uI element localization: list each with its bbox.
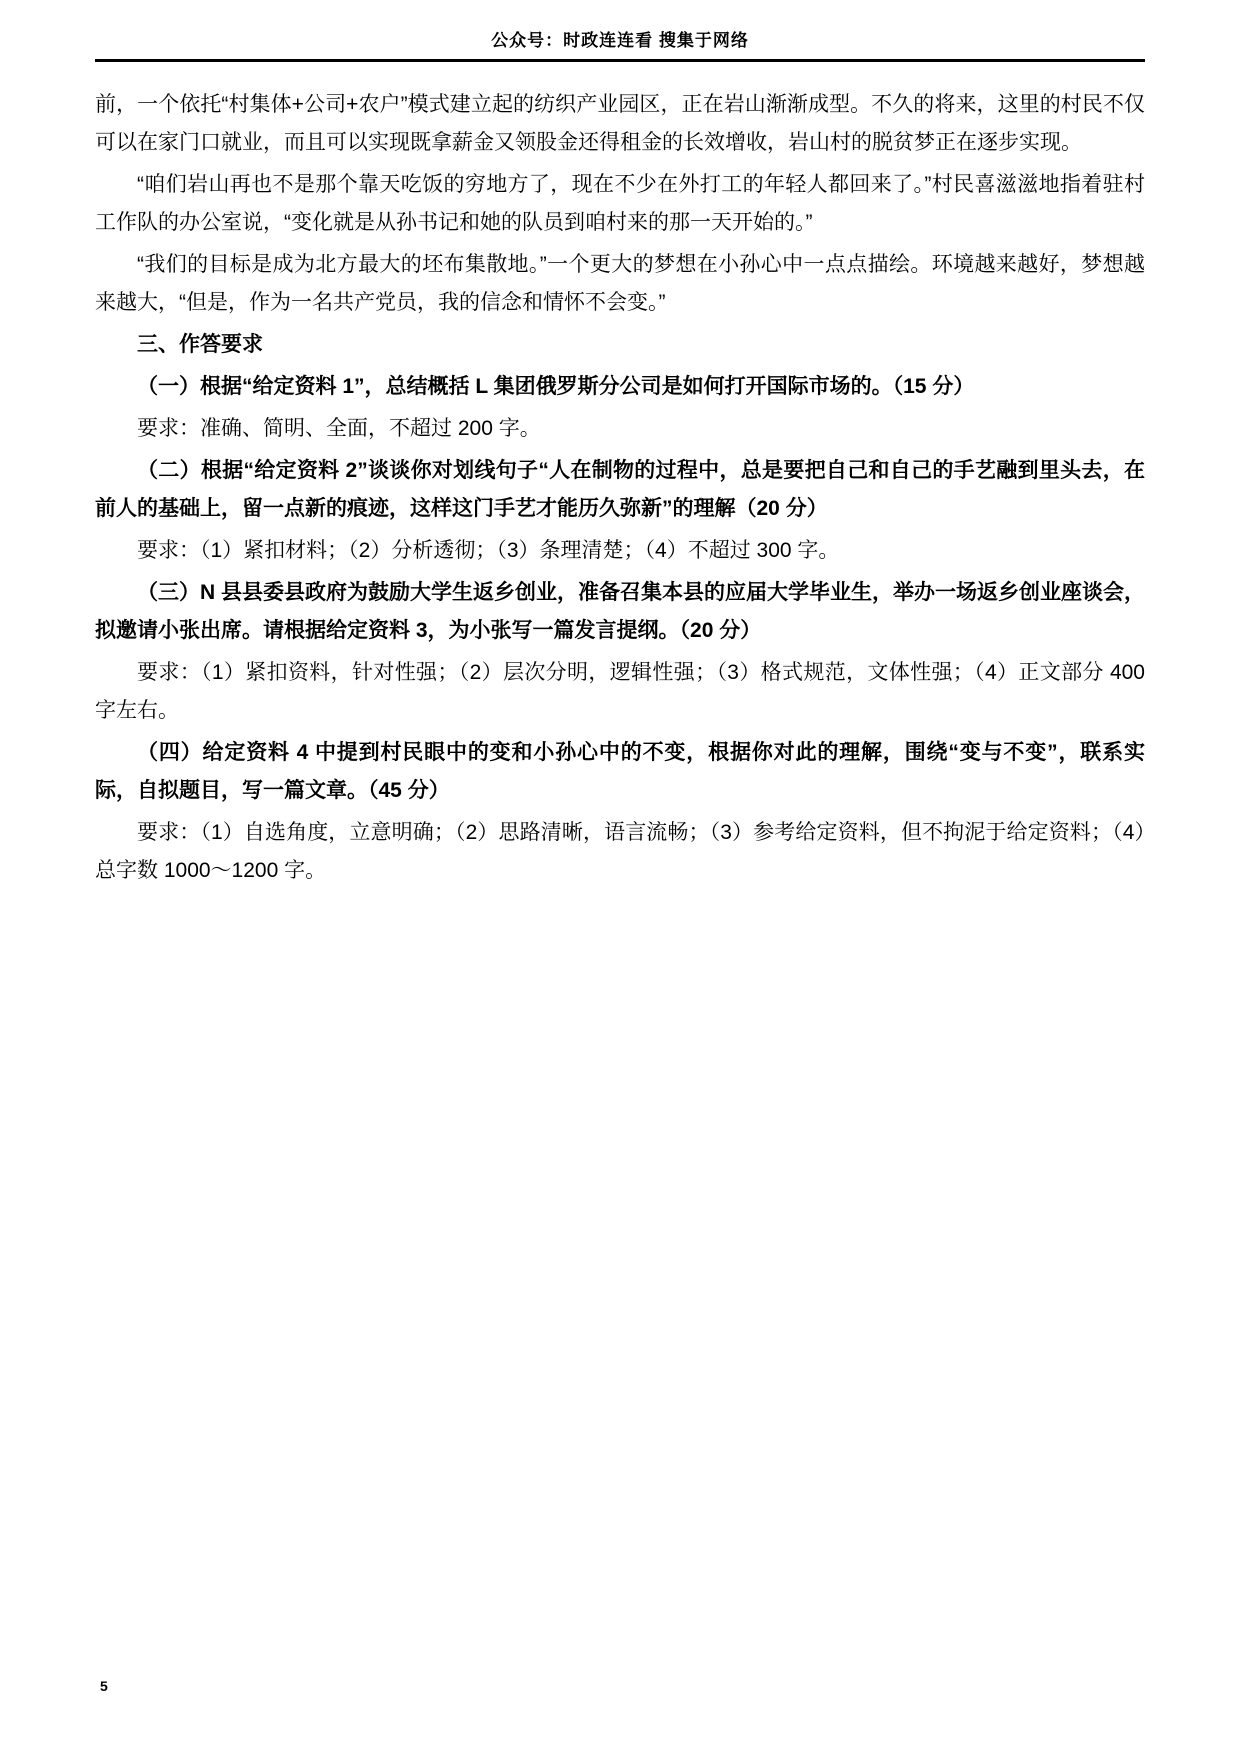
question-4: （四）给定资料 4 中提到村民眼中的变和小孙心中的不变，根据你对此的理解，围绕“… bbox=[95, 734, 1145, 810]
question-1-requirements: 要求：准确、简明、全面，不超过 200 字。 bbox=[95, 410, 1145, 448]
section-heading-answer-requirements: 三、作答要求 bbox=[95, 326, 1145, 364]
document-body: 前，一个依托“村集体+公司+农户”模式建立起的纺织产业园区，正在岩山渐渐成型。不… bbox=[95, 62, 1145, 890]
header-source-label: 公众号：时政连连看 搜集于网络 bbox=[491, 31, 749, 50]
question-1: （一）根据“给定资料 1”，总结概括 L 集团俄罗斯分公司是如何打开国际市场的。… bbox=[95, 368, 1145, 406]
question-3-requirements: 要求：（1）紧扣资料，针对性强；（2）层次分明，逻辑性强；（3）格式规范，文体性… bbox=[95, 654, 1145, 730]
paragraph-body-2: “咱们岩山再也不是那个靠天吃饭的穷地方了，现在不少在外打工的年轻人都回来了。”村… bbox=[95, 166, 1145, 242]
paragraph-body-3: “我们的目标是成为北方最大的坯布集散地。”一个更大的梦想在小孙心中一点点描绘。环… bbox=[95, 246, 1145, 322]
paragraph-body-1: 前，一个依托“村集体+公司+农户”模式建立起的纺织产业园区，正在岩山渐渐成型。不… bbox=[95, 86, 1145, 162]
page-header: 公众号：时政连连看 搜集于网络 bbox=[95, 26, 1145, 62]
page-number: 5 bbox=[100, 1678, 108, 1694]
question-4-requirements: 要求：（1）自选角度，立意明确；（2）思路清晰，语言流畅；（3）参考给定资料，但… bbox=[95, 814, 1145, 890]
document-page: 公众号：时政连连看 搜集于网络 前，一个依托“村集体+公司+农户”模式建立起的纺… bbox=[0, 0, 1240, 1754]
question-3: （三）N 县县委县政府为鼓励大学生返乡创业，准备召集本县的应届大学毕业生，举办一… bbox=[95, 574, 1145, 650]
question-2: （二）根据“给定资料 2”谈谈你对划线句子“人在制物的过程中，总是要把自己和自己… bbox=[95, 452, 1145, 528]
question-2-requirements: 要求：（1）紧扣材料；（2）分析透彻；（3）条理清楚；（4）不超过 300 字。 bbox=[95, 532, 1145, 570]
